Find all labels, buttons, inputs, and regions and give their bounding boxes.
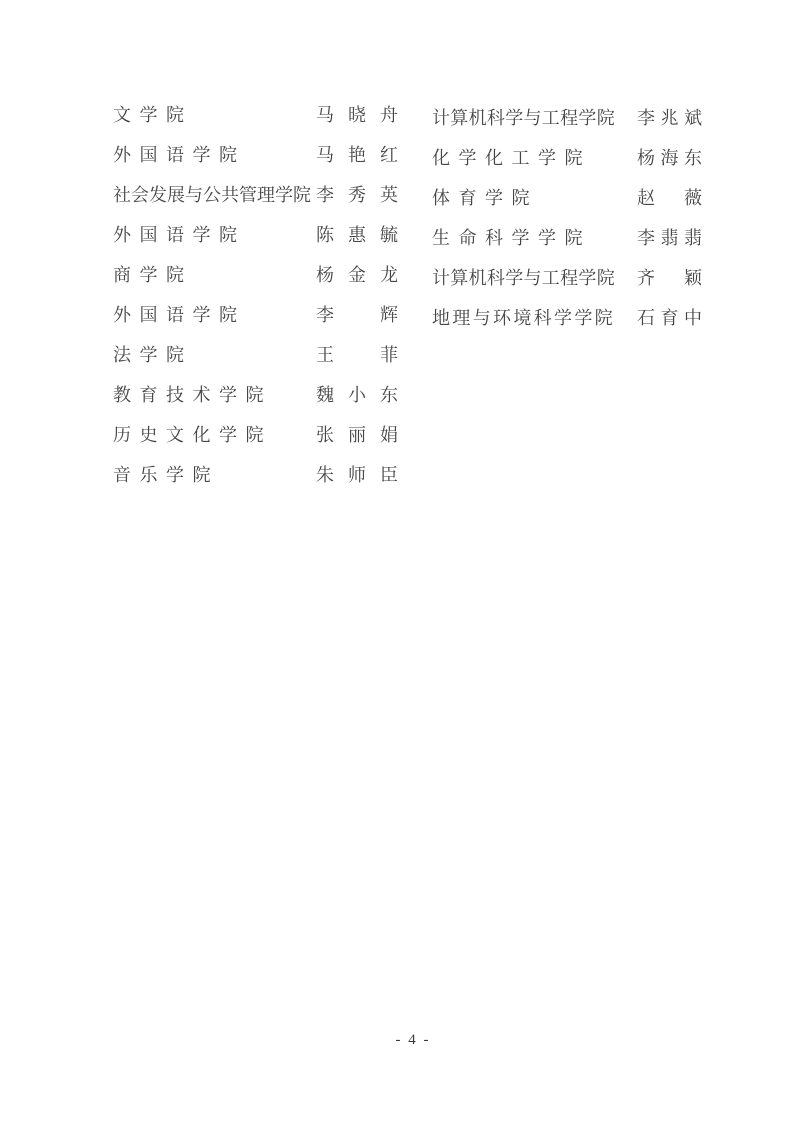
person-name-char: 小 xyxy=(348,375,366,415)
college-name: 生命科学学院 xyxy=(432,218,637,258)
roster-row: 法学院王菲 xyxy=(113,335,398,375)
person-name-char: 艳 xyxy=(348,135,366,175)
person-name-char: 王 xyxy=(316,335,334,375)
person-name-char: 臣 xyxy=(380,455,398,495)
college-name: 教育技术学院 xyxy=(113,375,316,415)
roster-row: 外国语学院李辉 xyxy=(113,295,398,335)
college-name: 商学院 xyxy=(113,255,316,295)
roster-row: 商学院杨金龙 xyxy=(113,255,398,295)
roster-row: 体育学院赵薇 xyxy=(432,178,702,218)
person-name-char: 红 xyxy=(380,135,398,175)
page-number: - 4 - xyxy=(0,1029,799,1051)
person-name-char: 魏 xyxy=(316,375,334,415)
person-name-char: 齐 xyxy=(637,258,655,298)
person-name-char: 菲 xyxy=(380,335,398,375)
person-name: 马晓舟 xyxy=(316,95,398,135)
person-name-char: 秀 xyxy=(348,175,366,215)
person-name: 李兆斌 xyxy=(637,98,702,138)
person-name-char: 张 xyxy=(316,415,334,455)
person-name-char: 育 xyxy=(661,298,679,338)
roster-row: 历史文化学院张丽娟 xyxy=(113,415,398,455)
person-name-char: 师 xyxy=(348,455,366,495)
college-name: 历史文化学院 xyxy=(113,415,316,455)
person-name-char: 薇 xyxy=(684,178,702,218)
person-name-char: 李 xyxy=(316,175,334,215)
college-name: 外国语学院 xyxy=(113,295,316,335)
person-name-char: 东 xyxy=(380,375,398,415)
person-name-char: 李 xyxy=(637,98,655,138)
person-name-char: 斌 xyxy=(684,98,702,138)
person-name: 李辉 xyxy=(316,295,398,335)
person-name-char: 兆 xyxy=(661,98,679,138)
college-name: 体育学院 xyxy=(432,178,637,218)
person-name-char: 东 xyxy=(684,138,702,178)
person-name-char: 赵 xyxy=(637,178,655,218)
person-name-char: 石 xyxy=(637,298,655,338)
college-name: 地理与环境科学学院 xyxy=(432,298,637,338)
roster-column-right: 计算机科学与工程学院李兆斌化学化工学院杨海东体育学院赵薇生命科学学院李翡翡计算机… xyxy=(432,98,702,338)
college-name: 社会发展与公共管理学院 xyxy=(113,175,316,215)
roster-row: 外国语学院马艳红 xyxy=(113,135,398,175)
person-name-char: 毓 xyxy=(380,215,398,255)
college-name: 计算机科学与工程学院 xyxy=(432,98,637,138)
person-name-char: 舟 xyxy=(380,95,398,135)
person-name: 陈惠毓 xyxy=(316,215,398,255)
person-name: 王菲 xyxy=(316,335,398,375)
college-name: 化学化工学院 xyxy=(432,138,637,178)
person-name: 李秀英 xyxy=(316,175,398,215)
roster-row: 音乐学院朱师臣 xyxy=(113,455,398,495)
college-name: 音乐学院 xyxy=(113,455,316,495)
person-name-char: 马 xyxy=(316,95,334,135)
person-name-char: 海 xyxy=(661,138,679,178)
roster-column-left: 文学院马晓舟外国语学院马艳红社会发展与公共管理学院李秀英外国语学院陈惠毓商学院杨… xyxy=(113,95,398,495)
person-name-char: 金 xyxy=(348,255,366,295)
roster-row: 生命科学学院李翡翡 xyxy=(432,218,702,258)
person-name-char: 杨 xyxy=(637,138,655,178)
person-name-char: 娟 xyxy=(380,415,398,455)
person-name: 马艳红 xyxy=(316,135,398,175)
roster-row: 社会发展与公共管理学院李秀英 xyxy=(113,175,398,215)
person-name-char: 晓 xyxy=(348,95,366,135)
person-name: 朱师臣 xyxy=(316,455,398,495)
person-name-char: 翡 xyxy=(684,218,702,258)
document-page: 文学院马晓舟外国语学院马艳红社会发展与公共管理学院李秀英外国语学院陈惠毓商学院杨… xyxy=(0,0,799,1131)
person-name: 赵薇 xyxy=(637,178,702,218)
person-name-char: 丽 xyxy=(348,415,366,455)
person-name-char: 杨 xyxy=(316,255,334,295)
person-name: 齐颖 xyxy=(637,258,702,298)
person-name: 杨金龙 xyxy=(316,255,398,295)
person-name-char: 惠 xyxy=(348,215,366,255)
person-name: 石育中 xyxy=(637,298,702,338)
person-name-char: 朱 xyxy=(316,455,334,495)
college-name: 外国语学院 xyxy=(113,135,316,175)
person-name: 张丽娟 xyxy=(316,415,398,455)
roster-row: 计算机科学与工程学院齐颖 xyxy=(432,258,702,298)
person-name: 魏小东 xyxy=(316,375,398,415)
roster-row: 外国语学院陈惠毓 xyxy=(113,215,398,255)
person-name-char: 马 xyxy=(316,135,334,175)
person-name-char: 龙 xyxy=(380,255,398,295)
person-name: 杨海东 xyxy=(637,138,702,178)
person-name-char: 中 xyxy=(684,298,702,338)
college-name: 法学院 xyxy=(113,335,316,375)
person-name-char: 辉 xyxy=(380,295,398,335)
college-name: 外国语学院 xyxy=(113,215,316,255)
person-name-char: 英 xyxy=(380,175,398,215)
roster-row: 地理与环境科学学院石育中 xyxy=(432,298,702,338)
person-name-char: 翡 xyxy=(661,218,679,258)
roster-row: 文学院马晓舟 xyxy=(113,95,398,135)
roster-row: 教育技术学院魏小东 xyxy=(113,375,398,415)
roster-row: 化学化工学院杨海东 xyxy=(432,138,702,178)
college-name: 计算机科学与工程学院 xyxy=(432,258,637,298)
person-name: 李翡翡 xyxy=(637,218,702,258)
roster-row: 计算机科学与工程学院李兆斌 xyxy=(432,98,702,138)
person-name-char: 颖 xyxy=(684,258,702,298)
person-name-char: 李 xyxy=(637,218,655,258)
person-name-char: 陈 xyxy=(316,215,334,255)
person-name-char: 李 xyxy=(316,295,334,335)
college-name: 文学院 xyxy=(113,95,316,135)
